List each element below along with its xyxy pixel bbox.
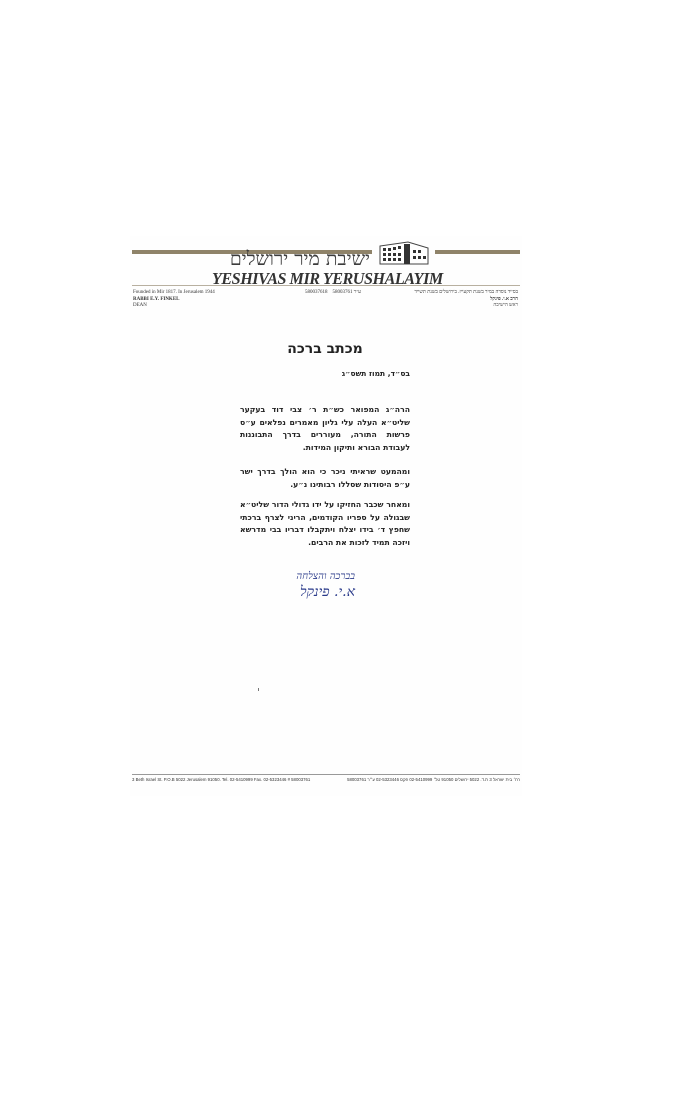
letter-paragraph: ומהמעט שראיתי ניכר כי הוא הולך בדרך ישר … (240, 466, 410, 491)
letterhead-title-hebrew: ישיבת מיר ירושלים (202, 248, 370, 271)
handwritten-signature: בברכה והצלחה א.י. פינקל (235, 571, 355, 601)
letterhead-meta-left: Founded in Mir 1817. In Jerusalem 1944 R… (133, 290, 215, 310)
dean-title-hebrew: ראש הישיבה (380, 303, 518, 310)
registration-label-hebrew: ע״ר 58003761 (333, 290, 361, 295)
letter-heading: מכתב ברכה (240, 341, 410, 357)
letter-footer: 3 Beth Israel St. P.O.B 5022 Jerusalem 9… (132, 777, 520, 782)
signature-name: א.י. פינקל (235, 584, 355, 601)
letterhead-rule-right (435, 250, 520, 254)
letterhead-meta-mid: 580037618 ע״ר 58003761 (305, 290, 361, 297)
letterhead-meta-right: בסייד נוסדה במיר בשנת תקעייז. בירושלים ב… (380, 290, 518, 310)
letter-paragraph: הרה״ג המפואר כש״ת ר׳ צבי דוד בעקער שליט״… (240, 404, 410, 454)
signature-greeting: בברכה והצלחה (235, 571, 355, 582)
footer-address-hebrew: רח׳ בית ישראל 3 ת.ד. 5022 ירושלים 91050 … (347, 777, 520, 782)
dean-title: DEAN (133, 303, 215, 310)
founded-text: Founded in Mir 1817. In Jerusalem 1944 (133, 290, 215, 297)
letterhead-underline (132, 285, 520, 286)
building-logo-icon (374, 240, 432, 266)
footer-rule (132, 774, 520, 775)
letter-date: בס״ד, תמוז תשס״ג (240, 369, 410, 378)
footer-address-english: 3 Beth Israel St. P.O.B 5022 Jerusalem 9… (132, 777, 310, 782)
letter-paragraph: ומאחר שכבר החזיקו על ידו גדולי הדור שליט… (240, 499, 410, 549)
letter-page: ישיבת מיר ירושלים YESHIVAS MIR YERUSHALA… (130, 236, 522, 796)
letterhead-title-english: YESHIVAS MIR YERUSHALAYIM (212, 269, 431, 289)
ink-mark (258, 688, 259, 691)
registration-number: 580037618 (305, 290, 328, 295)
